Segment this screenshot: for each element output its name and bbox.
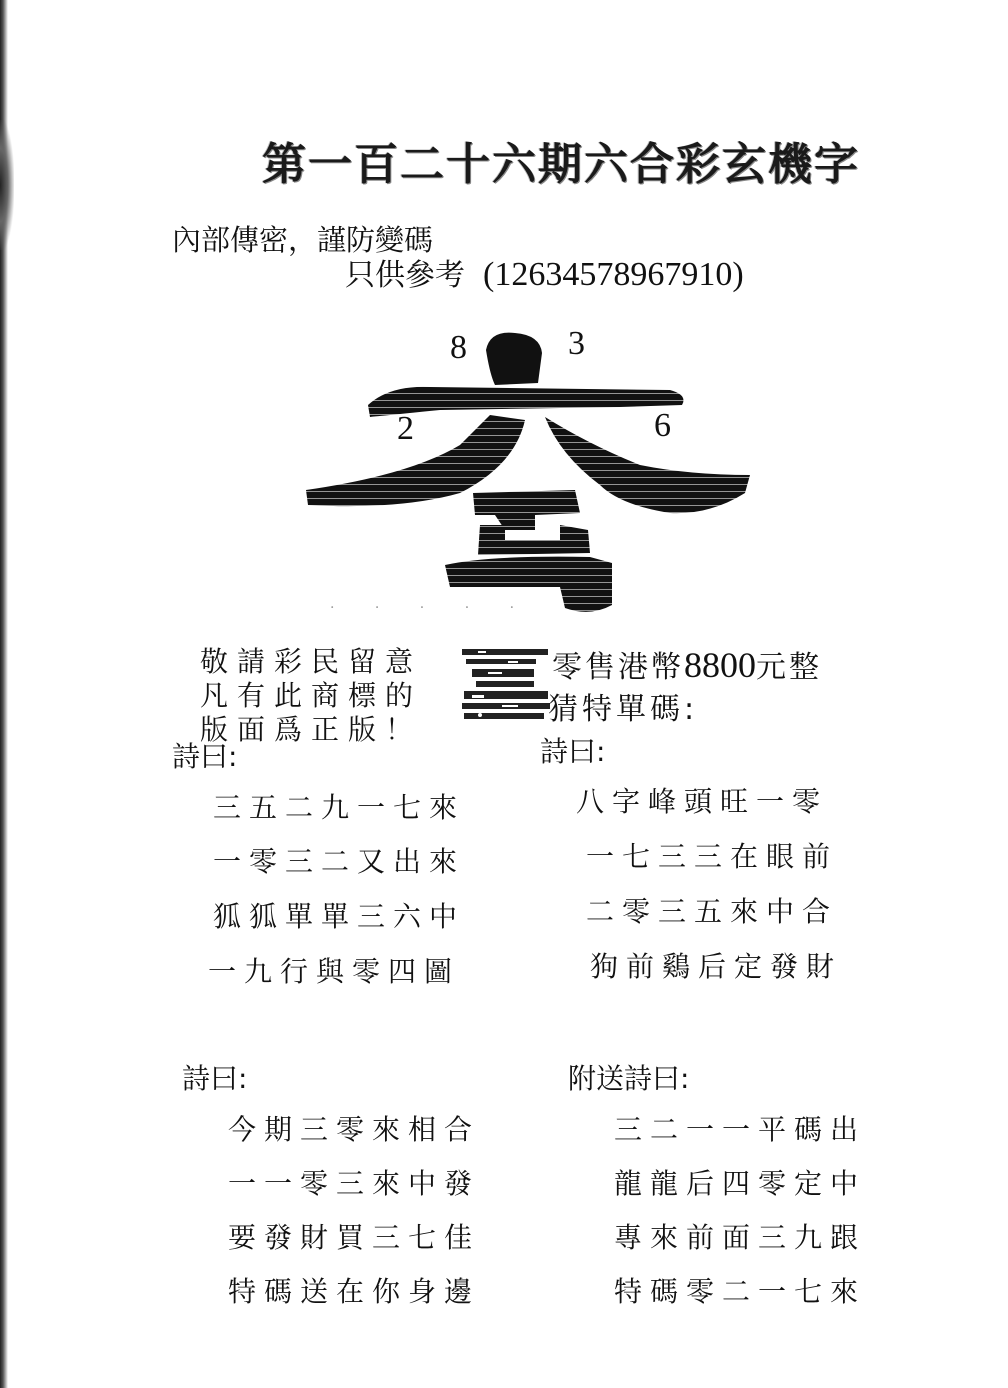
poem-line: 要發財買三七佳 bbox=[228, 1216, 480, 1256]
notice-line: 敬請彩民留意 bbox=[200, 645, 422, 679]
poem-line: 狗前鷄后定發財 bbox=[590, 945, 842, 985]
poem-header: 詩曰: bbox=[540, 730, 605, 770]
price-suffix: 元整 bbox=[756, 650, 822, 685]
poem-line: 專來前面三九跟 bbox=[614, 1216, 866, 1256]
poem-line: 一零三二又出來 bbox=[213, 840, 465, 880]
faint-marks: · · · · · bbox=[330, 600, 532, 616]
poem-header: 詩曰: bbox=[182, 1057, 247, 1097]
poem-line: 龍龍后四零定中 bbox=[614, 1162, 866, 1202]
poem-line: 特碼送在你身邊 bbox=[228, 1270, 480, 1310]
graphic-number-mid-left: 2 bbox=[397, 410, 414, 448]
price-amount: 8800 bbox=[684, 645, 756, 685]
price-label: 零售港幣 bbox=[552, 650, 684, 685]
poem-line: 特碼零二一七來 bbox=[614, 1270, 866, 1310]
poem-header: 詩曰: bbox=[172, 735, 237, 775]
authenticity-notice: 敬請彩民留意 凡有此商標的 版面爲正版！ bbox=[200, 645, 422, 747]
page-title: 第一百二十六期六合彩玄機字 bbox=[262, 128, 860, 192]
poem-line: 三五二九一七來 bbox=[213, 786, 465, 826]
poem-line: 狐狐單單三六中 bbox=[213, 895, 465, 935]
poem-line: 一一零三來中發 bbox=[228, 1162, 480, 1202]
reference-line: 只供參考(12634578967910) bbox=[345, 250, 744, 294]
poem-line: 八字峰頭旺一零 bbox=[576, 780, 828, 820]
notice-line: 凡有此商標的 bbox=[200, 679, 422, 713]
graphic-number-top-left: 8 bbox=[450, 329, 467, 367]
poem-line: 三二一一平碼出 bbox=[614, 1108, 866, 1148]
reference-label: 只供參考 bbox=[345, 258, 465, 293]
poem-line: 一七三三在眼前 bbox=[586, 835, 838, 875]
guess-label: 猜特單碼: bbox=[548, 684, 698, 728]
scan-edge-smudge bbox=[0, 120, 14, 250]
trademark-logo bbox=[458, 645, 553, 723]
graphic-number-top-right: 3 bbox=[568, 325, 585, 363]
graphic-number-mid-right: 6 bbox=[654, 407, 671, 445]
brush-character-icon bbox=[290, 325, 750, 615]
reference-numbers: (12634578967910) bbox=[483, 256, 744, 293]
dragon-logo-icon bbox=[458, 645, 553, 723]
poem-line: 一九行與零四圖 bbox=[208, 950, 460, 990]
brush-character-graphic: 8 3 2 6 bbox=[290, 325, 750, 615]
poem-line: 今期三零來相合 bbox=[228, 1108, 480, 1148]
poem-header: 附送詩曰: bbox=[568, 1057, 689, 1097]
poem-line: 二零三五來中合 bbox=[586, 890, 838, 930]
price-line: 零售港幣8800元整 bbox=[552, 642, 822, 686]
